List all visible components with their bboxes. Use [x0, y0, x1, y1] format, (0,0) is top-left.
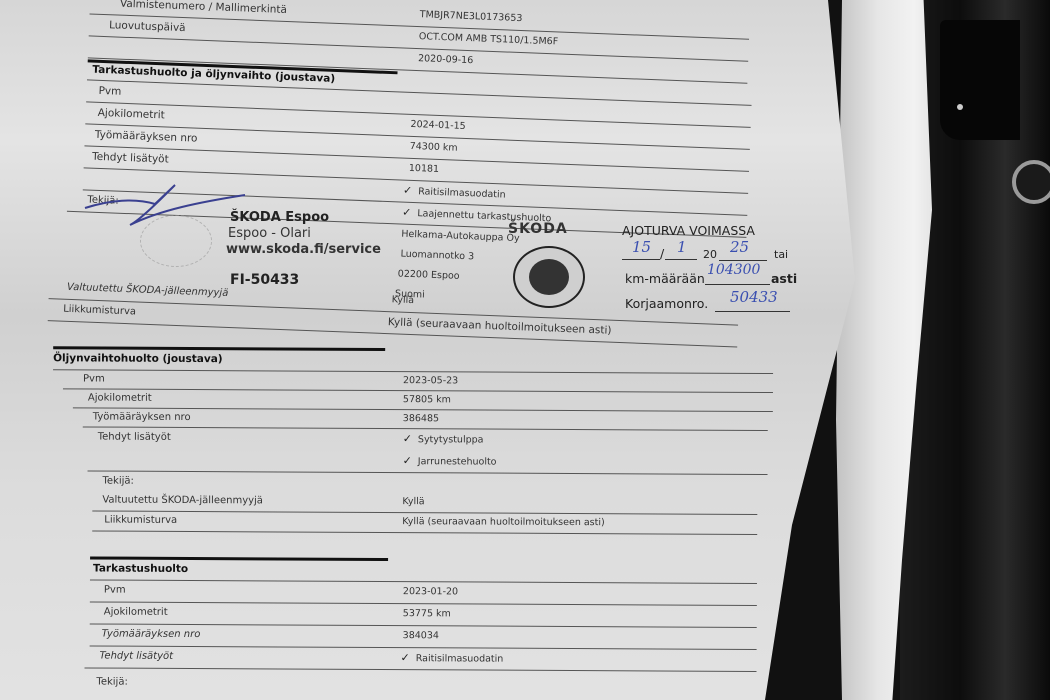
authorized-value: Kyllä: [402, 492, 424, 512]
km-line: [705, 284, 770, 285]
mobility-label: Liikkumisturva: [104, 511, 177, 531]
check-icon: ✓: [403, 454, 412, 467]
skoda-logo-icon: [513, 246, 585, 308]
date-separator: /: [660, 246, 664, 261]
row-label: Tehdyt lisätyöt: [100, 646, 174, 668]
ajoturva-day: 15: [632, 238, 651, 256]
row-label: Ajokilometrit: [97, 102, 165, 127]
table-row: Liikkumisturva Kyllä (seuraavaan huoltoi…: [92, 510, 757, 534]
skoda-wordmark: ŠKODA: [508, 221, 568, 237]
row-label: Pvm: [98, 80, 122, 103]
shop-number-value: 50433: [730, 288, 778, 306]
ajoturva-month: 1: [677, 238, 687, 256]
shop-line: [715, 311, 790, 312]
stamp-website: www.skoda.fi/service: [226, 242, 381, 257]
year-prefix: 20: [703, 248, 717, 261]
delivery-date-label: Luovutuspäivä: [109, 14, 186, 39]
shop-number-label: Korjaamonro.: [625, 296, 708, 311]
day-line: [622, 259, 660, 260]
dashboard-light: [957, 104, 963, 110]
dealer-name: Helkama-Autokauppa Oy: [401, 229, 520, 245]
until-label: asti: [771, 271, 797, 286]
dealer-postcode: 02200 Espoo: [398, 268, 460, 281]
authorized-label: Valtuutettu ŠKODA-jälleenmyyjä: [102, 491, 263, 512]
extra-work-item: ✓Jarrunestehuolto: [403, 450, 497, 473]
mobility-label: Liikkumisturva: [63, 299, 137, 324]
row-value: 53775 km: [403, 603, 451, 625]
dashboard-knob: [1012, 160, 1050, 204]
check-icon: ✓: [403, 184, 413, 197]
mobility-value: Kyllä (seuraavaan huoltoilmoitukseen ast…: [402, 512, 605, 533]
check-icon: ✓: [401, 651, 410, 664]
row-label: Tehdyt lisätyöt: [92, 146, 169, 171]
or-label: tai: [774, 248, 788, 261]
row-label: Tehdyt lisätyöt: [98, 427, 171, 449]
ajoturva-km: 104300: [707, 262, 760, 278]
year-line: [719, 260, 767, 261]
extra-work-item: ✓Sytytystulppa: [403, 428, 484, 451]
row-label: Työmääräyksen nro: [93, 407, 191, 427]
row-value: 384034: [403, 625, 439, 647]
upper-block: Valmistenumero / Mallimerkintä TMBJR7NE3…: [0, 0, 899, 35]
row-value: 2023-05-23: [403, 371, 458, 390]
row-value: 386485: [403, 409, 439, 428]
dealer-street: Luomannotko 3: [400, 249, 474, 263]
stamp-dealer-code: FI-50433: [230, 272, 299, 288]
row-value: 2024-01-15: [410, 114, 466, 138]
row-label: Työmääräyksen nro: [102, 624, 201, 647]
table-row: Tekijä:: [84, 671, 756, 697]
table-row: Tehdyt lisätyöt ✓Raitisilmasuodatin: [85, 645, 757, 672]
row-label: Ajokilometrit: [104, 602, 168, 624]
row-value: 10181: [408, 158, 439, 181]
month-line: [665, 259, 697, 260]
km-label: km-määrään: [625, 271, 705, 286]
check-icon: ✓: [402, 206, 412, 219]
extra-work-item: ✓Raitisilmasuodatin: [400, 647, 503, 671]
row-value: 74300 km: [409, 136, 458, 160]
made-by-label: Tekijä:: [96, 672, 128, 694]
signature: [80, 180, 250, 230]
dashboard-panel: [940, 20, 1020, 140]
row-label: Ajokilometrit: [88, 388, 152, 407]
row-value: 57805 km: [403, 390, 451, 409]
delivery-date-value: 2020-09-16: [418, 48, 474, 72]
authorized-value: Kyllä: [391, 289, 414, 312]
ajoturva-year: 25: [730, 238, 749, 256]
document-sheet: Valmistenumero / Mallimerkintä TMBJR7NE3…: [0, 0, 900, 700]
row-label: Pvm: [83, 369, 105, 388]
check-icon: ✓: [403, 432, 412, 445]
row-label: Pvm: [104, 580, 126, 602]
ajoturva-title: AJOTURVA VOIMASSA: [622, 223, 755, 238]
made-by-label: Tekijä:: [102, 471, 134, 493]
row-value: 2023-01-20: [403, 581, 458, 603]
